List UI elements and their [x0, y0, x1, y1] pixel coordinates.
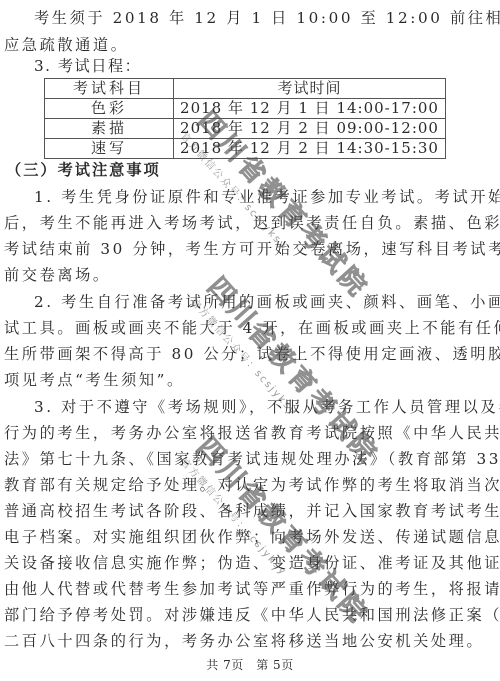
- paragraph1-line-3: 考试结束前 30 分钟，考生方可开始交卷离场，速写科目考试考生不得提: [4, 239, 496, 259]
- paragraph3-line-2: 行为的考生，考务办公室将报送省教育考试院按照《中华人民共和国教育: [4, 423, 496, 443]
- paragraph2-line-2: 试工具。画板或画夹不能大于 4 开，在画板或画夹上不能有任何图案，考: [4, 318, 496, 338]
- paragraph3-line-4: 教育部有关规定给予处理。对认定为考试作弊的考生将取消当次报名参加: [4, 475, 496, 495]
- paragraph3-line-6: 电子档案。对实施组织团伙作弊；向考场外发送、传递试题信息；使用相: [4, 527, 496, 547]
- paragraph1-line-1: 1. 考生凭身份证原件和专业准考证参加专业考试。考试开始 15 分钟: [34, 187, 496, 207]
- document-page: 考生须于 2018 年 12 月 1 日 10:00 至 12:00 前往相应考…: [0, 0, 500, 681]
- subject-cell: 速写: [45, 139, 174, 159]
- paragraph2-line-1: 2. 考生自行准备考试所用的画板或画夹、颜料、画笔、小画凳等考: [34, 292, 496, 312]
- time-cell: 2018 年 12 月 1 日 14:00-17:00: [174, 99, 446, 119]
- exam-schedule-table: 考试科目 考试时间 色彩 2018 年 12 月 1 日 14:00-17:00…: [44, 78, 446, 159]
- paragraph3-line-3: 法》第七十九条、《国家教育考试违规处理办法》（教育部第 33 号令）和: [4, 449, 496, 469]
- paragraph3-line-1: 3. 对于不遵守《考场规则》，不服从考务工作人员管理以及各种违规: [34, 397, 496, 417]
- paragraph3-line-10: 二百八十四条的行为，考务办公室将移送当地公安机关处理。: [4, 631, 496, 651]
- paragraph1-line-4: 前交卷离场。: [4, 265, 496, 285]
- page-number-footer: 共 7页 第 5页: [0, 656, 500, 673]
- header-subject: 考试科目: [45, 79, 174, 99]
- table-row: 色彩 2018 年 12 月 1 日 14:00-17:00: [45, 99, 446, 119]
- paragraph2-line-4: 项见考点“考生须知”。: [4, 370, 496, 390]
- paragraph2-line-3: 生所带画架不得高于 80 公分；试卷上不得使用定画液、透明胶。其它事: [4, 344, 496, 364]
- paragraph3-line-5: 普通高校招生考试各阶段、各科成绩，并记入国家教育考试考生诚信考试: [4, 501, 496, 521]
- table-row: 素描 2018 年 12 月 2 日 09:00-12:00: [45, 119, 446, 139]
- intro-line-1: 考生须于 2018 年 12 月 1 日 10:00 至 12:00 前往相应考…: [34, 8, 496, 28]
- section-heading: （三）考试注意事项: [6, 160, 498, 180]
- paragraph3-line-7: 关设备接收信息实施作弊；伪造、变造身份证、准考证及其他证明材料，: [4, 553, 496, 573]
- header-time: 考试时间: [174, 79, 446, 99]
- time-cell: 2018 年 12 月 2 日 09:00-12:00: [174, 119, 446, 139]
- table-header-row: 考试科目 考试时间: [45, 79, 446, 99]
- paragraph1-line-2: 后，考生不能再进入考场考试，迟到误考责任自负。素描、色彩两科在距: [4, 213, 496, 233]
- intro-line-2: 应急疏散通道。: [4, 35, 496, 55]
- paragraph3-line-8: 由他人代替或代替考生参加考试等严重作弊行为的考生，将报请教育行政: [4, 579, 496, 599]
- subject-cell: 素描: [45, 119, 174, 139]
- time-cell: 2018 年 12 月 2 日 14:30-15:30: [174, 139, 446, 159]
- table-row: 速写 2018 年 12 月 2 日 14:30-15:30: [45, 139, 446, 159]
- subject-cell: 色彩: [45, 99, 174, 119]
- schedule-title: 3. 考试日程：: [34, 56, 496, 76]
- paragraph3-line-9: 部门给予停考处罚。对涉嫌违反《中华人民共和国刑法修正案（九）》第: [4, 605, 496, 625]
